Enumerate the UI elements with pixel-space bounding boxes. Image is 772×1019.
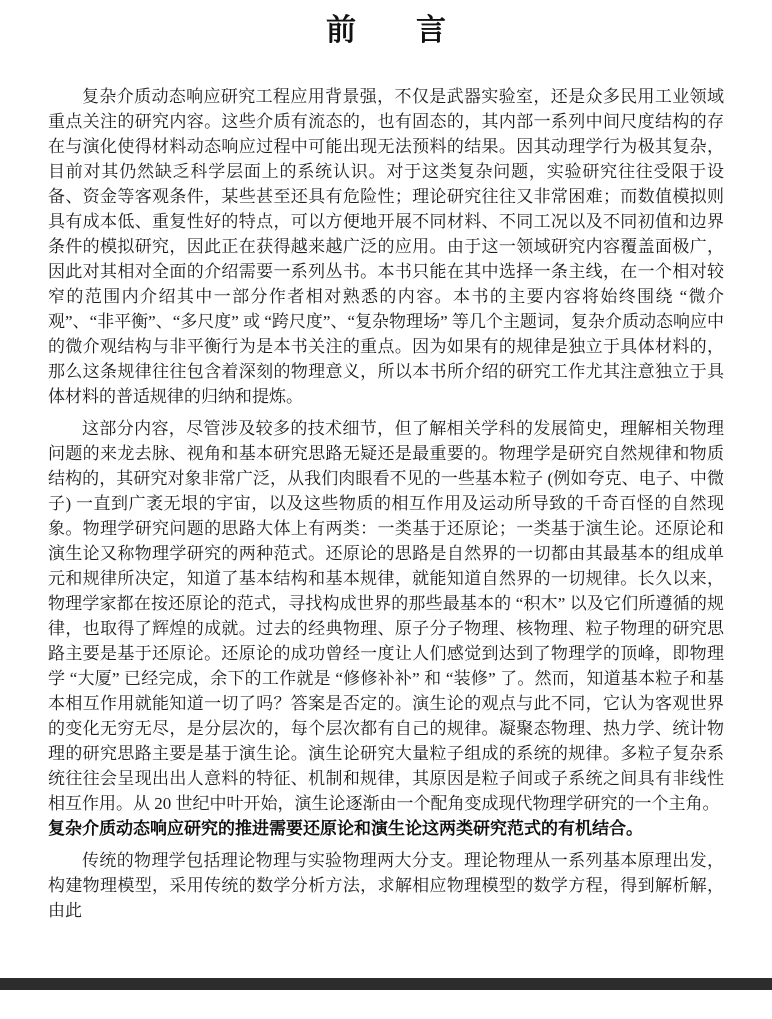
page-body: 复杂介质动态响应研究工程应用背景强，不仅是武器实验室，还是众多民用工业领域重点关…: [48, 84, 724, 923]
scan-artifact-bar: [0, 978, 772, 990]
paragraph-bold-conclusion: 复杂介质动态响应研究的推进需要还原论和演生论这两类研究范式的有机结合。: [48, 816, 724, 841]
page-title: 前 言: [0, 14, 772, 48]
paragraph-physics-paradigms: 这部分内容，尽管涉及较多的技术细节，但了解相关学科的发展简史，理解相关物理问题的…: [48, 416, 724, 816]
preface-page: 前 言 复杂介质动态响应研究工程应用背景强，不仅是武器实验室，还是众多民用工业领…: [0, 0, 772, 1019]
paragraph-theory-experiment: 传统的物理学包括理论物理与实验物理两大分支。理论物理从一系列基本原理出发，构建物…: [48, 848, 724, 923]
paragraph-applications: 复杂介质动态响应研究工程应用背景强，不仅是武器实验室，还是众多民用工业领域重点关…: [48, 84, 724, 409]
